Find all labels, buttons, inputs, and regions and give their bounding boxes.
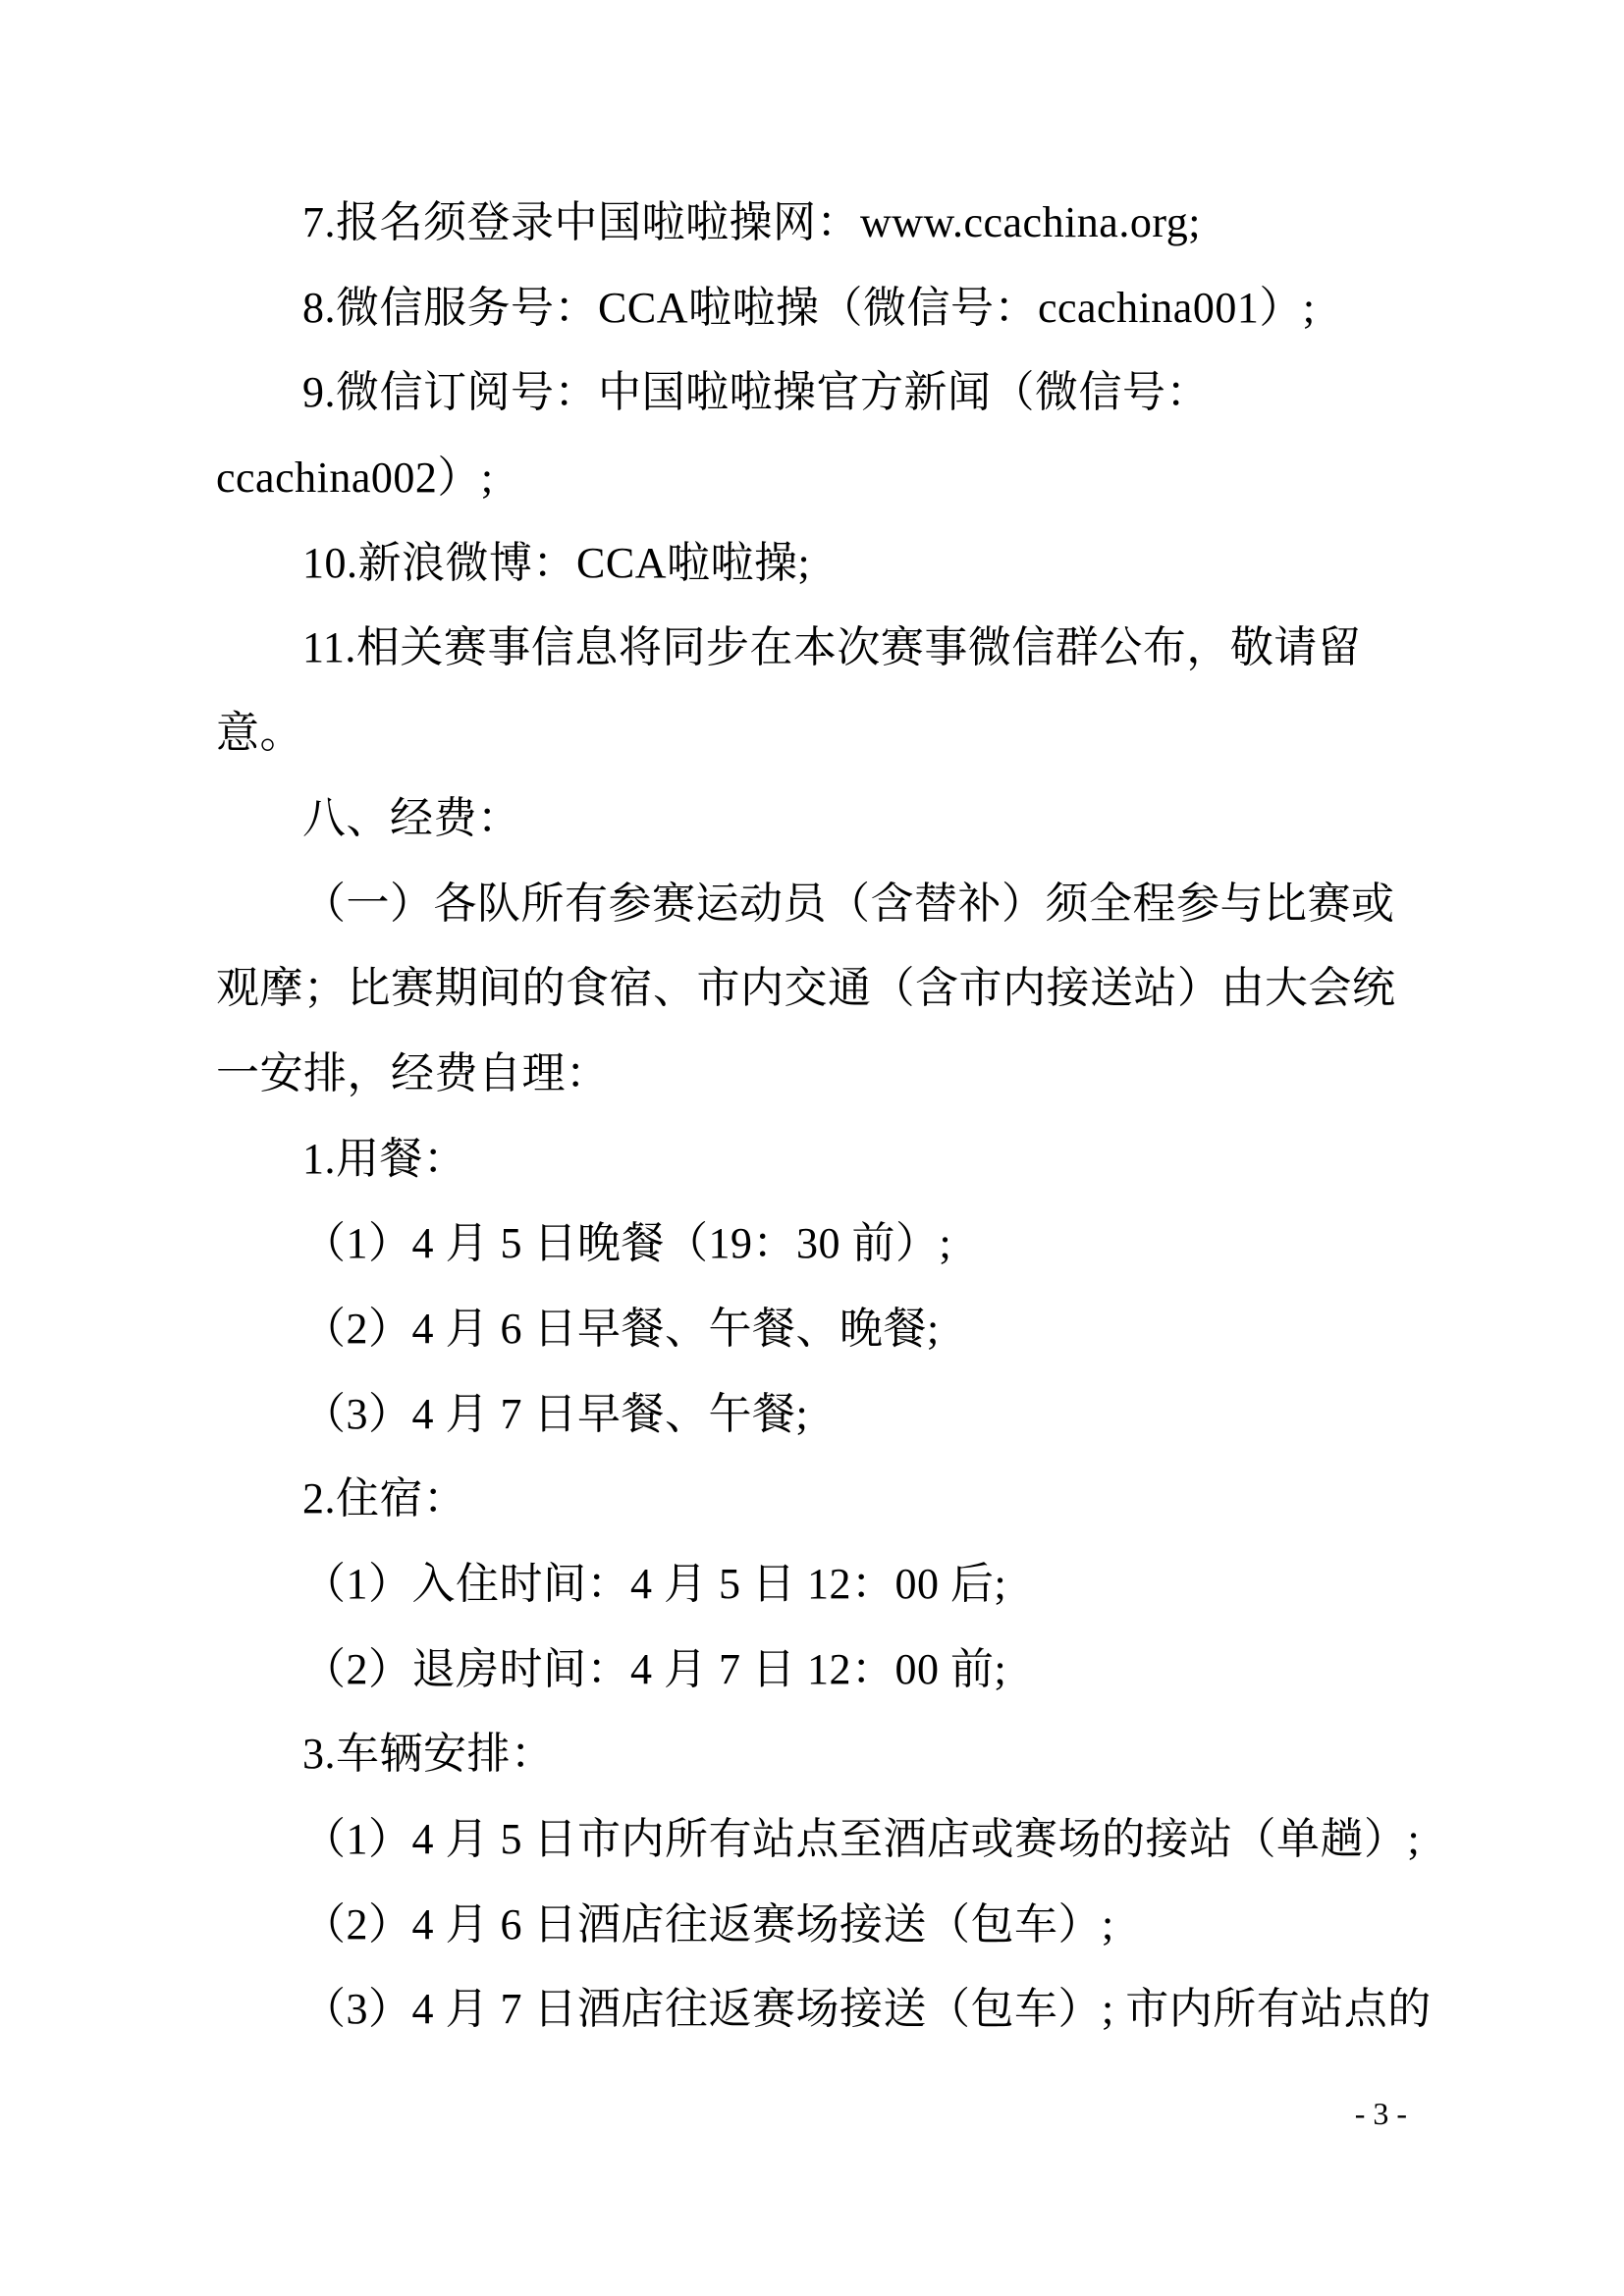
text-line-item-10: 10.新浪微博：CCA啦啦操; [216,521,1408,607]
document-text-block: 7.报名须登录中国啦啦操网：www.ccachina.org; 8.微信服务号：… [216,181,1408,2053]
text-line-para-1-continuation-2: 一安排，经费自理： [216,1032,1408,1117]
text-line-vehicle-2: （2）4 月 6 日酒店往返赛场接送（包车）; [216,1883,1408,1968]
text-line-checkin: （1）入住时间：4 月 5 日 12：00 后; [216,1542,1408,1628]
text-line-item-8: 8.微信服务号：CCA啦啦操（微信号：ccachina001）; [216,266,1408,351]
subheading-lodging: 2.住宿： [216,1457,1408,1542]
text-line-item-9: 9.微信订阅号：中国啦啦操官方新闻（微信号： [216,350,1408,436]
text-line-item-9-continuation: ccachina002）; [216,436,1408,521]
text-line-meal-3: （3）4 月 7 日早餐、午餐; [216,1372,1408,1458]
text-line-checkout: （2）退房时间：4 月 7 日 12：00 前; [216,1628,1408,1713]
text-line-vehicle-1: （1）4 月 5 日市内所有站点至酒店或赛场的接站（单趟）; [216,1797,1408,1883]
subheading-meals: 1.用餐： [216,1117,1408,1202]
text-line-meal-2: （2）4 月 6 日早餐、午餐、晚餐; [216,1287,1408,1372]
text-line-item-7: 7.报名须登录中国啦啦操网：www.ccachina.org; [216,181,1408,266]
section-heading-funds: 八、经费： [216,776,1408,862]
text-line-vehicle-3: （3）4 月 7 日酒店往返赛场接送（包车）; 市内所有站点的 [216,1967,1408,2053]
text-line-para-1: （一）各队所有参赛运动员（含替补）须全程参与比赛或 [216,862,1408,947]
page-number: - 3 - [1355,2095,1407,2132]
text-line-item-11-continuation: 意。 [216,691,1408,776]
subheading-vehicles: 3.车辆安排： [216,1712,1408,1797]
text-line-item-11: 11.相关赛事信息将同步在本次赛事微信群公布，敬请留 [216,606,1408,691]
text-line-meal-1: （1）4 月 5 日晚餐（19：30 前）; [216,1201,1408,1287]
text-line-para-1-continuation-1: 观摩；比赛期间的食宿、市内交通（含市内接送站）由大会统 [216,946,1408,1032]
